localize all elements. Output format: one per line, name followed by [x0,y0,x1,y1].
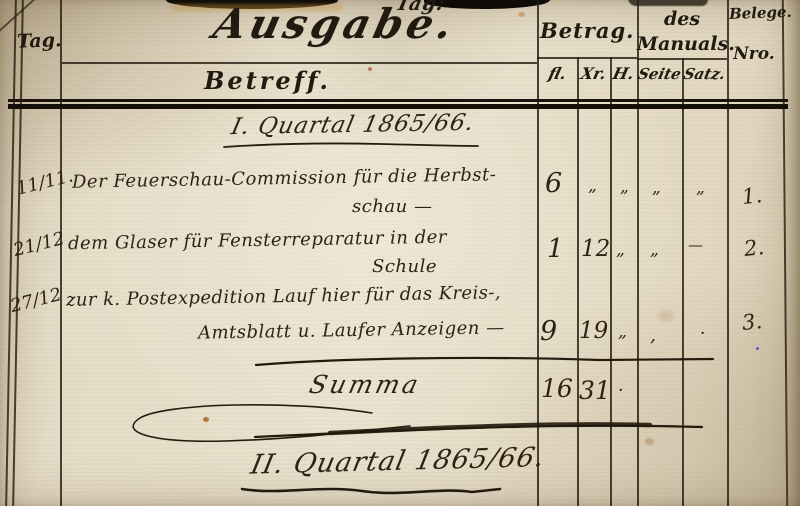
entry-beleg-number: 2. [743,235,765,261]
summa-xr-total: 31 [579,376,611,405]
ditto-mark: „ [620,177,629,197]
summa-rule [256,358,713,365]
col-line-xr [577,57,579,506]
ditto-mark: „ [618,322,627,342]
summa-hl-mark: · [618,380,624,401]
stain-rust-bottom [645,438,654,445]
corner-fold-line [0,0,38,32]
entry-amount-xr: 12 [581,236,610,262]
entry-beleg-number: 3. [741,309,763,335]
quarter2-underline [242,489,500,493]
entry-text-line1: dem Glaser für Fensterreparatur in der [68,227,447,255]
stain-foxing [658,310,674,322]
stain-blue-speck [756,347,759,350]
ditto-mark: „ [588,176,597,196]
right-margin-shade [786,0,800,506]
subcol-fl: fl. [536,64,579,83]
col-line-hl [610,57,612,506]
entry-date: 11/11. [14,165,75,199]
entry-amount-xr: 19 [579,318,608,344]
ausgabe-title: Ausgabe. [184,0,485,48]
entry-text-line1: Der Feuerschau-Commission für die Herbst… [72,164,497,192]
flourish-sweep [255,426,702,437]
header-band-thick [8,104,788,109]
belege-column-header-line1: Belege. [729,3,786,23]
col-line-belege [727,0,729,506]
quarter1-heading: I. Quartal 1865/66. [225,110,482,140]
entry-text-line1: zur k. Postexpedition Lauf hier für das … [66,282,501,311]
rule-under-ausgabe [62,62,537,64]
entry-text-line2: Schule [372,256,437,277]
manuals-column-header-line1: des [640,8,724,30]
rule-under-manuals [637,58,727,60]
ditto-mark: „ [696,178,705,198]
ditto-mark: „ [650,240,659,260]
ditto-mark: „ [616,240,625,260]
manuals-column-header-line2: Manuals. [637,33,727,55]
quarter2-heading: II. Quartal 1865/66. [248,442,536,480]
summa-fl-total: 16 [541,374,573,403]
quarter1-underline [224,143,478,147]
entry-amount-fl: 9 [540,316,557,347]
rule-under-betrag [537,57,637,59]
ditto-mark: „ [652,178,661,198]
summa-label: Summa [307,370,424,399]
subcol-xr: Xr. [575,64,612,83]
subcol-satz: Satz. [680,65,729,83]
flourish-sweep-thick [330,424,650,433]
col-line-satz [682,58,684,506]
entry-date: 21/12 [11,228,66,261]
entry-amount-fl: 6 [545,168,562,199]
ledger-page: Tag: Tag. Ausgabe. Betreff. Betrag. des … [0,0,800,506]
flourish-oval [133,405,410,441]
header-band-thin [8,99,788,102]
ditto-mark: , [650,324,656,346]
entry-text-line2: Amtsblatt u. Laufer Anzeigen — [198,317,505,343]
top-edge-smudge [628,0,708,6]
stain-tan-speck [518,12,525,17]
belege-column-header-line2: Nro. [729,44,779,64]
subcol-seite: Seite [635,65,684,83]
betrag-column-header: Betrag. [540,18,634,43]
ditto-mark: — [688,236,703,254]
col-line-tag [60,0,62,506]
stain-red-speck [368,67,372,71]
betreff-column-header: Betreff. [190,66,345,95]
tag-column-header: Tag. [17,29,62,53]
stain-rust-flourish [203,417,209,422]
ditto-mark: · [700,324,705,344]
entry-amount-fl: 1 [547,234,564,264]
entry-beleg-number: 1. [741,183,763,209]
entry-text-line2: schau — [352,196,432,217]
